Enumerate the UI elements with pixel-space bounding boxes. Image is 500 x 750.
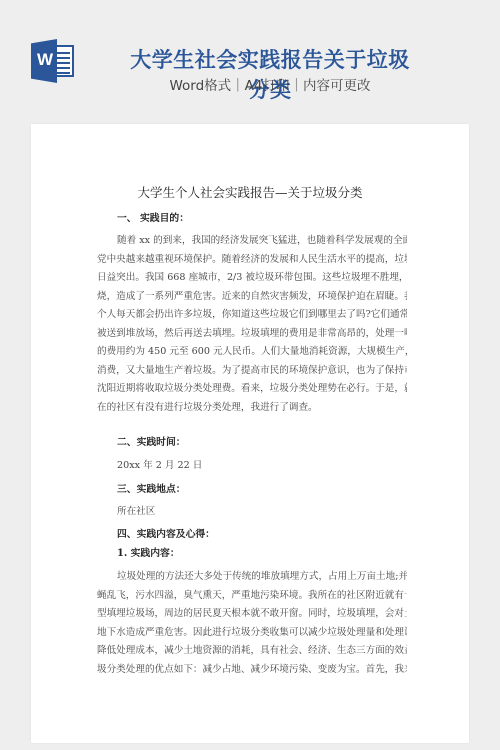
paragraph-line: 地下水造成严重危害。因此进行垃圾分类收集可以减少垃圾处理量和处理设备， <box>97 624 407 638</box>
document-title: 大学生个人社会实践报告—关于垃圾分类 <box>31 183 469 201</box>
subheading-practice-content: 1. 实践内容： <box>117 545 180 559</box>
section-heading-location: 三、实践地点： <box>117 481 186 495</box>
paragraph-line: 沈阳近期将收取垃圾分类处理费。看来，垃圾分类处理势在必行。于是，就我所 <box>97 380 407 394</box>
paragraph-line: 的费用约为 450 元至 600 元人民币。人们大量地消耗资源，大规模生产，大量… <box>97 343 407 357</box>
paragraph-line: 随着 xx 的到来，我国的经济发展突飞猛进，也随着科学发展观的全面贯彻， <box>97 232 407 246</box>
paragraph-line: 日益突出。我国 668 座城市，2/3 被垃圾环带包围。这些垃圾埋不胜埋，烧不胜 <box>97 269 407 283</box>
paragraph-line: 消费，又大量地生产着垃圾。为了提高市民的环境保护意识，也为了保持市容， <box>97 362 407 376</box>
header-banner: W 大学生社会实践报告关于垃圾分类 Word格式｜A4打印｜内容可更改 <box>0 0 500 124</box>
practice-location: 所在社区 <box>117 503 155 517</box>
paragraph-line: 个人每天都会扔出许多垃圾，你知道这些垃圾它们到哪里去了吗?它们通常是先 <box>97 306 407 320</box>
paragraph-line: 烧，造成了一系列严重危害。近来的自然灾害频发，环境保护迫在眉睫。我们每 <box>97 288 407 302</box>
section-heading-time: 二、实践时间： <box>117 434 186 448</box>
practice-date: 20xx 年 2 月 22 日 <box>117 457 202 471</box>
word-letter: W <box>35 50 55 70</box>
paragraph-line: 蝇乱飞，污水四溢，臭气熏天，严重地污染环境。我所在的社区附近就有一个大 <box>97 587 407 601</box>
document-page: 大学生个人社会实践报告—关于垃圾分类 一、 实践目的： 随着 xx 的到来，我国… <box>31 124 469 743</box>
paragraph-line: 在的社区有没有进行垃圾分类处理，我进行了调查。 <box>97 399 407 413</box>
paragraph-line: 圾分类处理的优点如下：减少占地、减少环境污染、变废为宝。首先，我来到社 <box>97 661 407 675</box>
header-subtitle: Word格式｜A4打印｜内容可更改 <box>120 74 420 94</box>
paragraph-line: 型填埋垃圾场，周边的居民夏天根本就不敢开窗。同时，垃圾填埋，会对土壤和 <box>97 605 407 619</box>
section-heading-purpose: 一、 实践目的： <box>117 210 189 224</box>
paragraph-line: 党中央越来越重视环境保护。随着经济的发展和人民生活水平的提高，垃圾问题 <box>97 251 407 265</box>
paragraph-line: 垃圾处理的方法还大多处于传统的堆放填埋方式，占用上万亩土地;并且虫 <box>97 568 407 582</box>
paragraph-line: 被送到堆放场，然后再送去填埋。垃圾填埋的费用是非常高昂的，处理一吨垃圾 <box>97 325 407 339</box>
word-document-icon: W <box>31 39 77 83</box>
section-heading-content: 四、实践内容及心得： <box>117 526 215 540</box>
paragraph-line: 降低处理成本，减少土地资源的消耗，具有社会、经济、生态三方面的效益。垃 <box>97 642 407 656</box>
